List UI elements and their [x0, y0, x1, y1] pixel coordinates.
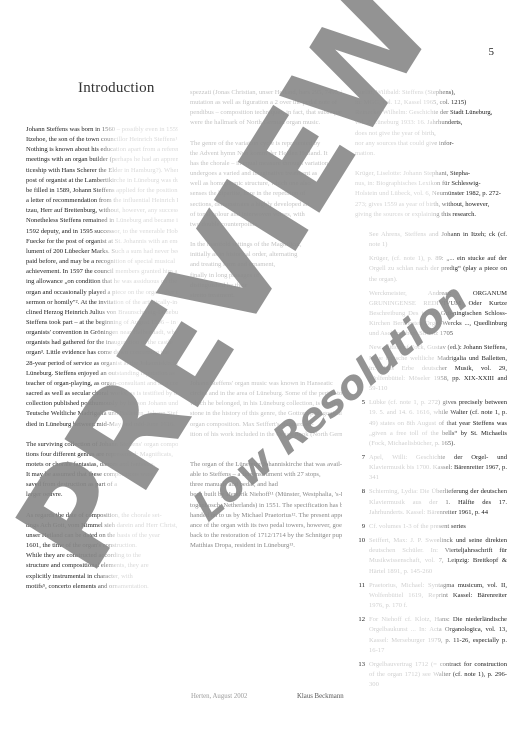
text-line: has the chorale – in equal measure throu… [190, 159, 342, 169]
text-line: three manuals and pedal, and had [190, 480, 342, 490]
text-line: the Advent hymn Nun komm der Heiden Heil… [190, 149, 342, 159]
text-line: 1592 deputy, and in 1595 successor, to t… [26, 227, 178, 237]
text-line: paid before, and may be a recognition of… [26, 257, 178, 267]
signoff-place-date: Herten, August 2002 [191, 693, 247, 700]
text-line: explicitly instrumental in character, wi… [26, 572, 178, 582]
footnote-block: Krüger, Liselotte: Johann Stephani, Step… [355, 169, 507, 220]
text-line: The genre of the variation cycle is repr… [190, 139, 342, 149]
page-title: Introduction [78, 80, 155, 97]
footnote-number [355, 289, 369, 340]
text-line: pendibus – composition techniques, in fa… [190, 108, 342, 118]
text-line: As regards the date of composition, the … [26, 511, 178, 521]
text-line: giving the sources or explaining this re… [355, 210, 507, 220]
text-line: The surviving collection of Johann Steff… [26, 440, 178, 450]
text-line: distinguished by their [190, 281, 342, 291]
footnote-text: Schierning, Lydia: Die Überlieferung der… [369, 487, 507, 517]
footnote: See Ahrens, Steffens and Johann in Itzeh… [355, 230, 507, 250]
text-line: sacred as well as secular choral works, … [26, 389, 178, 399]
text-line: In the manifold settings of the Magnific… [190, 240, 342, 250]
paragraph: As regards the date of composition, the … [26, 511, 178, 592]
text-line: Nonetheless Steffens remained in Lünebur… [26, 216, 178, 226]
text-line: Johann Steffens was born in 1560 – possi… [26, 125, 178, 135]
footnote-number: 7 [355, 453, 369, 483]
text-line: sections, demonstrates a highly develope… [190, 200, 342, 210]
footnote: New edition of Fock, Gustav (ed.): Johan… [355, 343, 507, 394]
text-line: unser Heiland can be dated on the basis … [26, 531, 178, 541]
text-line: larger oeuvre. [26, 490, 178, 500]
paragraph: The surviving collection of Johann Steff… [26, 440, 178, 501]
text-line: spezzati (Jonas Christian, unser Heiland… [190, 88, 342, 98]
text-line: saved from destruction as part of a [26, 480, 178, 490]
text-line: togenbosch, Netherlands) in 1551. The sp… [190, 501, 342, 511]
text-line: Fuecke for the post of organist at St. J… [26, 237, 178, 247]
document-page: 5 Introduction Johann Steffens was born … [0, 0, 530, 750]
footnote-text: Cf. volumes 1-3 of the present series [369, 522, 507, 532]
footnote-number: 10 [355, 536, 369, 577]
text-line: vol. 2, Lüneburg 1933: 16. Jahrhunderts, [355, 118, 507, 128]
footnote-text: New edition of Fock, Gustav (ed.): Johan… [369, 343, 507, 394]
text-line: ticeship with Hans Scherer the Elder in … [26, 166, 178, 176]
footnote: 9Cf. volumes 1-3 of the present series [355, 522, 507, 532]
right-column: Gurlitt, Wilibald: Steffens (Stephens),i… [355, 88, 507, 694]
paragraph: In the manifold settings of the Magnific… [190, 240, 342, 301]
footnote-number: 8 [355, 487, 369, 517]
footnote-text: Krüger, (cf. note 1), p. 89: „... ein st… [369, 254, 507, 284]
footnote: Werckmeister, Andreas: ORGANUM GRUNINGEN… [355, 289, 507, 340]
text-line: two double counterpoints. [190, 220, 342, 230]
footnote: 8Schierning, Lydia: Die Überlieferung de… [355, 487, 507, 517]
text-line: which he belonged, in his Lüneburg colle… [190, 399, 342, 409]
footnote: 11Praetorius, Michael: Syntagma musicum,… [355, 581, 507, 611]
text-line: been built by Hendrik Niehoff¹¹ (Münster… [190, 490, 342, 500]
text-line: Nothing is known about his education apa… [26, 145, 178, 155]
paragraph: Johann Steffens was born in 1560 – possi… [26, 125, 178, 430]
footnote-text: Orgelbauvertrag 1712 (= contract for con… [369, 660, 507, 690]
text-line: motets or chorale fantasias, dances and … [26, 460, 178, 470]
footnote-number: 12 [355, 615, 369, 656]
footnote: 5Lübke (cf. note 1, p. 272) gives precis… [355, 398, 507, 449]
text-line: post of organist at the Lambertikirche i… [26, 176, 178, 186]
text-line: The organ of the Lüneburg Johanniskirche… [190, 460, 342, 470]
text-line: organists' convention in Gröningen near … [26, 328, 178, 338]
footnote: Krüger, (cf. note 1), p. 89: „... ein st… [355, 254, 507, 284]
page-number: 5 [489, 46, 495, 58]
text-line: 273; gives 1559 as year of birth, withou… [355, 200, 507, 210]
text-line: achievement. In 1597 the council members… [26, 267, 178, 277]
footnote-number: 5 [355, 398, 369, 449]
text-line: Itzehoe, the son of the town councillor … [26, 135, 178, 145]
text-line: Krüger, Liselotte: Johann Stephani, Step… [355, 169, 507, 179]
text-line: nor any sources that could give infor- [355, 139, 507, 149]
signoff-author: Klaus Beckmann [297, 693, 344, 700]
text-line: 28-year period of service as organist at… [26, 359, 178, 369]
text-line: collection published posthumously by his… [26, 399, 178, 409]
text-line: were the hallmark of North German organ … [190, 118, 342, 128]
footnote-text: Praetorius, Michael: Syntagma musicum, v… [369, 581, 507, 611]
footnote-list: See Ahrens, Steffens and Johann in Itzeh… [355, 230, 507, 690]
footnote: 10Seiffert, Max: J. P. Sweelinck und sei… [355, 536, 507, 577]
text-line: nus, in: Biographisches Lexikon für Schl… [355, 179, 507, 189]
text-line: teacher of organ-playing, as organ-consu… [26, 379, 178, 389]
text-line: tzau, Herr auf Breitenburg, without, how… [26, 206, 178, 216]
footnote-text: For Niehoff cf. Klotz, Hans: Die niederl… [369, 615, 507, 656]
text-line: Matthias Dropa, resident in Lüneburg¹³. [190, 541, 342, 551]
text-line: handed on to us by Michael Praetorius¹².… [190, 511, 342, 521]
footnote: 7Apel, Willi: Geschichte der Orgel- und … [355, 453, 507, 483]
text-line: organ composition. Max Seiffert's standa… [190, 420, 342, 430]
text-line: finally in long passages of [190, 271, 342, 281]
text-line: structure and compositional elements, th… [26, 561, 178, 571]
text-line: of tonal colour and interwoven voices, w… [190, 210, 342, 220]
text-line: a letter of recommendation from the infl… [26, 196, 178, 206]
paragraph: The organ of the Lüneburg Johanniskirche… [190, 460, 342, 551]
paragraph: Johann Steffens' organ music was known i… [190, 379, 342, 440]
footnote-text: Seiffert, Max: J. P. Sweelinck und seine… [369, 536, 507, 577]
text-line: Lüneburg. Steffens enjoyed an outstandin… [26, 369, 178, 379]
text-line: Reinecke, Wilhelm: Geschichte der Stadt … [355, 108, 507, 118]
middle-column: spezzati (Jonas Christian, unser Heiland… [190, 88, 342, 561]
text-line: stone in the history of this genre, the … [190, 409, 342, 419]
text-line: circles and in the area of Lüneburg. Som… [190, 389, 342, 399]
footnote-text: See Ahrens, Steffens and Johann in Itzeh… [369, 230, 507, 250]
left-column: Johann Steffens was born in 1560 – possi… [26, 125, 178, 602]
text-line: able to Steffens – a fine instrument wit… [190, 470, 342, 480]
text-line: senses the bipartite, here in the repeti… [190, 189, 342, 199]
text-line: Teutsche Weltliche Madrigalia und Ballet… [26, 409, 178, 419]
footnote-text: Werckmeister, Andreas: ORGANUM GRUNINGEN… [369, 289, 507, 340]
text-line: mation. [355, 149, 507, 159]
text-line: ance of the organ with its two pedal tow… [190, 521, 342, 531]
footnote: 12For Niehoff cf. Klotz, Hans: Die niede… [355, 615, 507, 656]
text-line: tings Ach Gott, vom Himmel sieh darein a… [26, 521, 178, 531]
text-line: be filled in 1589, Johann Steffens appli… [26, 186, 178, 196]
text-line: It may be assumed that these composition… [26, 470, 178, 480]
text-line: Holstein und Lübeck, vol. 6, Neumünster … [355, 189, 507, 199]
footnote-number [355, 254, 369, 284]
text-line: sermon or homily"². At the invitation of… [26, 298, 178, 308]
text-line: mutation as well as figuration a 2 over … [190, 98, 342, 108]
footnote-number [355, 230, 369, 250]
text-line: initially as in historical order, altern… [190, 250, 342, 260]
footnote-intro: Gurlitt, Wilibald: Steffens (Stephens),i… [355, 88, 507, 159]
text-line: ition of his work included in the Organ … [190, 430, 342, 440]
text-line: While they are constructed according to … [26, 551, 178, 561]
paragraph: spezzati (Jonas Christian, unser Heiland… [190, 88, 342, 129]
text-line: tions four different genres are represen… [26, 450, 178, 460]
text-line: and treating form and ornament, [190, 260, 342, 270]
text-line: Steffens took part – at the beginning of… [26, 318, 178, 328]
text-line: Gurlitt, Wilibald: Steffens (Stephens), [355, 88, 507, 98]
text-line: stretto treatment. [190, 291, 342, 301]
text-line: meetings with an organ builder (perhaps … [26, 155, 178, 165]
text-line: clined Herzog Heinrich Julius von Brauns… [26, 308, 178, 318]
text-line: motifs⁵, concerto elements and ornamenta… [26, 582, 178, 592]
footnote-number [355, 343, 369, 394]
footnote-text: Lübke (cf. note 1, p. 272) gives precise… [369, 398, 507, 449]
footnote-number: 11 [355, 581, 369, 611]
text-line: 1601, the time of the organ's constructi… [26, 541, 178, 551]
text-line: undergoes a varied and imaginative treat… [190, 169, 342, 179]
text-line: does not give the year of birth, [355, 129, 507, 139]
text-line: ing allowance „on condition that he was … [26, 277, 178, 287]
text-line: well as homophonic structure, which one … [190, 179, 342, 189]
text-line: lument of 200 Lübecker Marks. Such a sum… [26, 247, 178, 257]
text-line: died in Lüneburg between mid-May and mid… [26, 420, 178, 430]
text-line: organists had gathered for the inaugurat… [26, 338, 178, 348]
footnote-number: 9 [355, 522, 369, 532]
text-line: Johann Steffens' organ music was known i… [190, 379, 342, 389]
text-line: organ and occasionally played a piece on… [26, 288, 178, 298]
text-line: in: MGG, vol. 12, Kassel 1965, col. 1215… [355, 98, 507, 108]
footnote-text: Apel, Willi: Geschichte der Orgel- und K… [369, 453, 507, 483]
paragraph: The genre of the variation cycle is repr… [190, 139, 342, 230]
text-line: organ³. Little evidence has come down co… [26, 348, 178, 358]
footnote-number: 13 [355, 660, 369, 690]
text-line: back to the restoration of 1712/1714 by … [190, 531, 342, 541]
footnote: 13Orgelbauvertrag 1712 (= contract for c… [355, 660, 507, 690]
